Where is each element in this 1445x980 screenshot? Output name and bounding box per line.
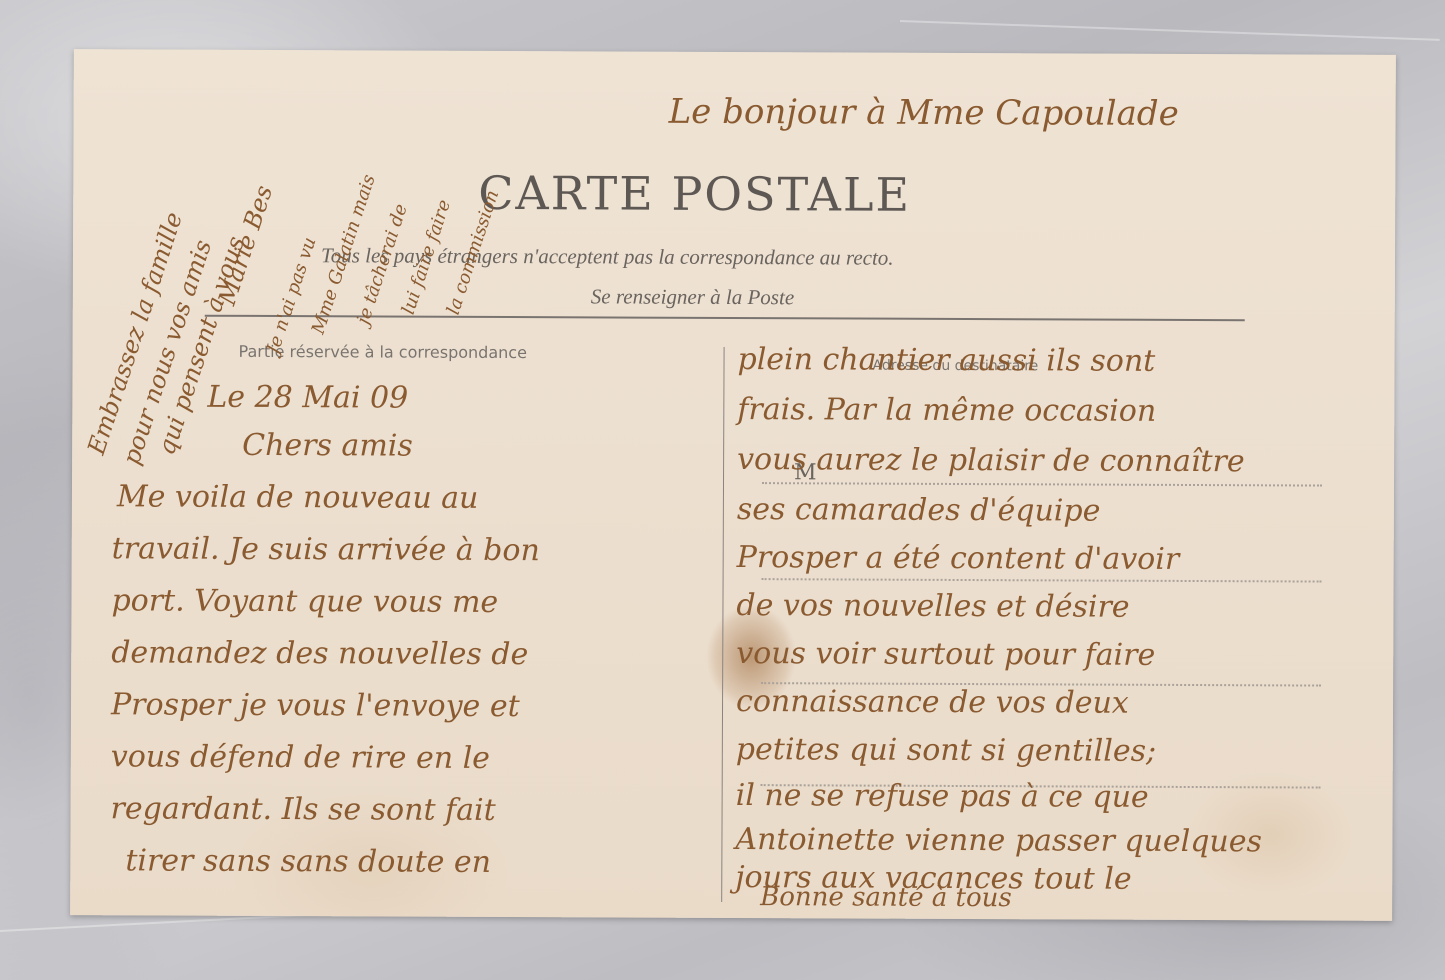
letter-line: frais. Par la même occasion xyxy=(737,392,1156,429)
letter-line: regardant. Ils se sont fait xyxy=(111,791,496,828)
marble-vein xyxy=(900,20,1440,41)
letter-line: port. Voyant que vous me xyxy=(111,583,498,620)
letter-line: vous voir surtout pour faire xyxy=(736,636,1155,673)
postcard: CARTE POSTALE Tous les pays étrangers n'… xyxy=(70,49,1396,921)
greeting-line: Le bonjour à Mme Capoulade xyxy=(669,92,1179,134)
letter-line: de vos nouvelles et désire xyxy=(736,588,1129,625)
letter-line: travail. Je suis arrivée à bon xyxy=(112,531,540,568)
foreign-notice: Tous les pays étrangers n'acceptent pas … xyxy=(321,243,894,270)
letter-line: vous défend de rire en le xyxy=(111,739,490,776)
letter-line: Prosper je vous l'envoye et xyxy=(111,687,520,724)
letter-line: tirer sans sans doute en xyxy=(125,843,491,880)
salutation: Chers amis xyxy=(242,428,413,464)
center-divider xyxy=(721,347,724,902)
letter-line: ses camarades d'équipe xyxy=(737,492,1101,529)
letter-line: Antoinette vienne passer quelques xyxy=(735,822,1262,859)
post-office-notice: Se renseigner à la Poste xyxy=(591,284,794,310)
letter-line: il ne se refuse pas à ce que xyxy=(736,778,1149,815)
letter-line: vous aurez le plaisir de connaître xyxy=(737,442,1245,479)
address-line xyxy=(762,578,1322,582)
letter-line: plein chantier aussi ils sont xyxy=(737,342,1155,379)
date-line: Le 28 Mai 09 xyxy=(207,380,408,416)
address-line xyxy=(762,482,1322,486)
letter-line: Prosper a été content d'avoir xyxy=(737,540,1180,577)
letter-line: demandez des nouvelles de xyxy=(111,635,528,672)
margin-note: Je n'ai pas vu xyxy=(263,235,321,357)
card-title: CARTE POSTALE xyxy=(478,166,911,222)
closing-line: Bonne santé à tous xyxy=(760,882,1012,913)
letter-line: connaissance de vos deux xyxy=(736,684,1129,721)
letter-line: Me voila de nouveau au xyxy=(117,479,479,516)
letter-line: petites qui sont si gentilles; xyxy=(736,732,1156,769)
